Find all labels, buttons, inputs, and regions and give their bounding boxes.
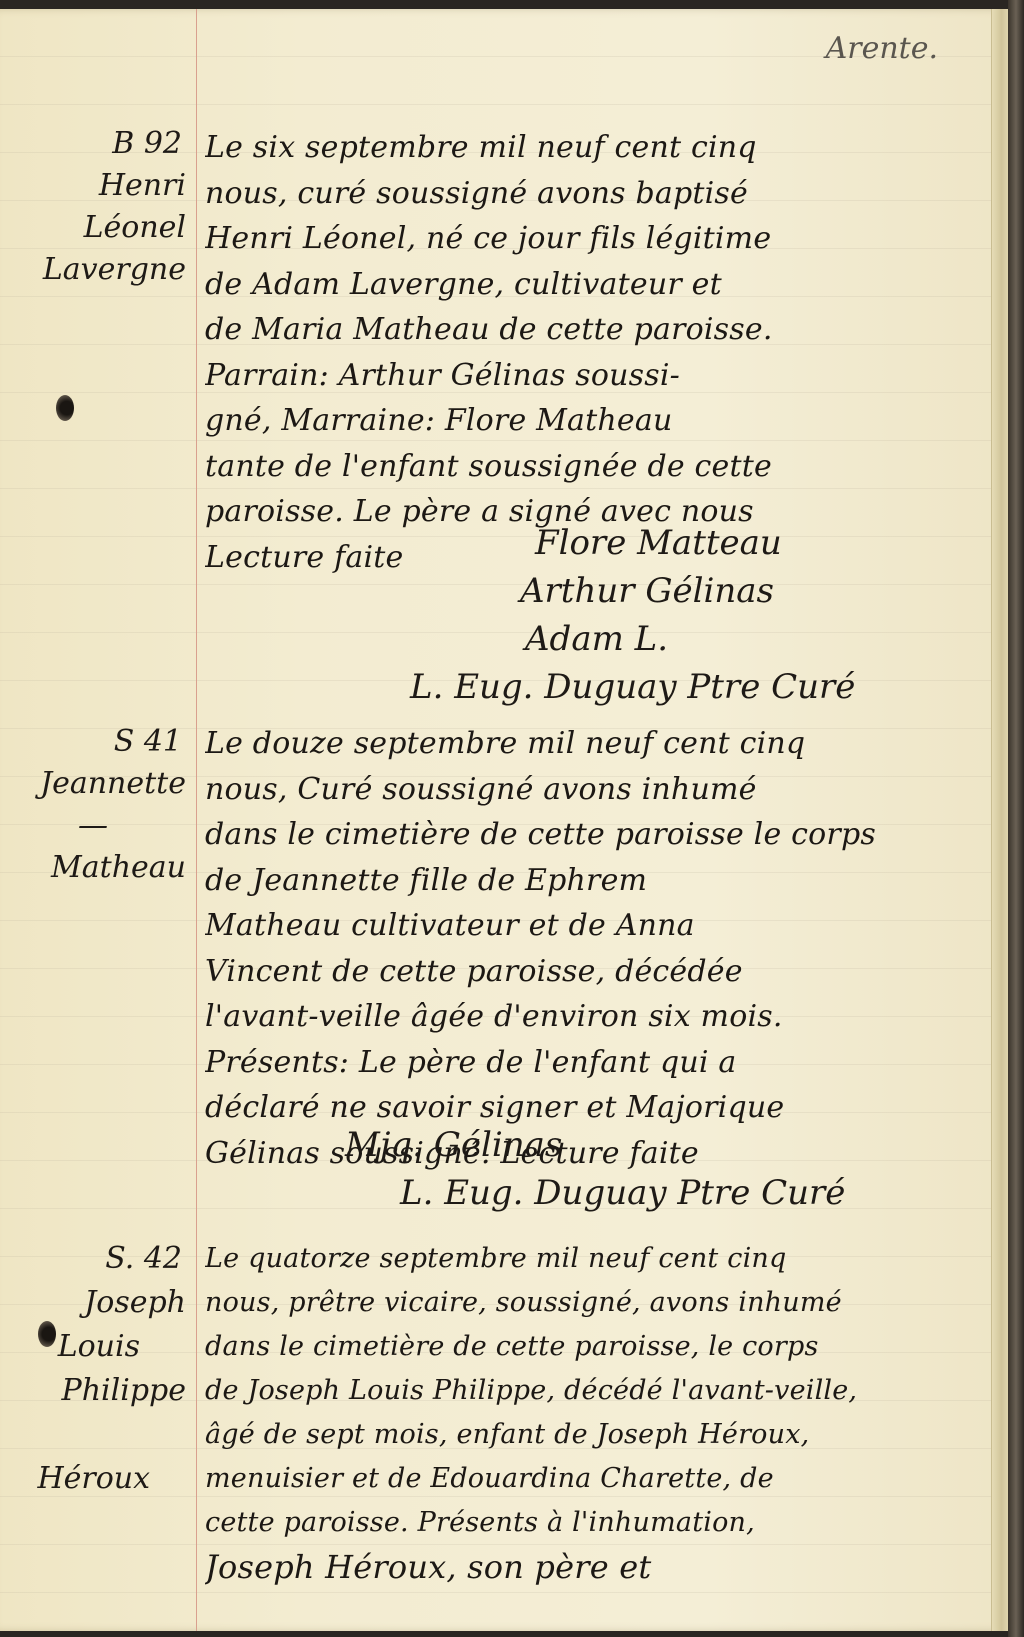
record-body: Le quatorze septembre mil neuf cent cinq… xyxy=(205,1237,985,1589)
record-line: Le quatorze septembre mil neuf cent cinq xyxy=(205,1237,985,1281)
record-line: gné, Marraine: Flore Matheau xyxy=(205,398,985,444)
record-name: Lavergne xyxy=(0,249,190,291)
record-line: de Adam Lavergne, cultivateur et xyxy=(205,262,985,308)
record-line: âgé de sept mois, enfant de Joseph Hérou… xyxy=(205,1413,985,1457)
record-line: Matheau cultivateur et de Anna xyxy=(205,903,985,949)
signature: L. Eug. Duguay Ptre Curé xyxy=(345,1169,845,1217)
record-name: Matheau xyxy=(0,847,190,889)
header-note: Arente. xyxy=(826,31,938,66)
record-line: menuisier et de Edouardina Charette, de xyxy=(205,1457,985,1501)
record-line: de Joseph Louis Philippe, décédé l'avant… xyxy=(205,1369,985,1413)
page-edge xyxy=(991,9,1008,1631)
record-name: Jeannette xyxy=(0,763,190,805)
record-number: S 41 xyxy=(0,721,190,763)
record-label: S. 42 Joseph Louis Philippe Héroux xyxy=(0,1237,190,1501)
register-page: Arente. B 92 Henri Léonel Lavergne Le si… xyxy=(0,9,1008,1631)
record-name: Henri xyxy=(0,165,190,207)
record-divider: — xyxy=(0,805,190,847)
record-name: Léonel xyxy=(0,207,190,249)
record-name: Joseph xyxy=(0,1281,190,1325)
record-line: nous, prêtre vicaire, soussigné, avons i… xyxy=(205,1281,985,1325)
record-line: cette paroisse. Présents à l'inhumation, xyxy=(205,1501,985,1545)
record-line: Henri Léonel, né ce jour fils légitime xyxy=(205,216,985,262)
signature-block: Mjq. Gélinas L. Eug. Duguay Ptre Curé xyxy=(345,1121,845,1217)
record-name: Héroux xyxy=(0,1457,190,1501)
record-line: Parrain: Arthur Gélinas soussi- xyxy=(205,353,985,399)
record-body: Le douze septembre mil neuf cent cinq no… xyxy=(205,721,985,1176)
record-line: tante de l'enfant soussignée de cette xyxy=(205,444,985,490)
record-body: Le six septembre mil neuf cent cinq nous… xyxy=(205,125,985,580)
record-line: de Maria Matheau de cette paroisse. xyxy=(205,307,985,353)
record-line: Joseph Héroux, son père et xyxy=(205,1545,985,1589)
record-name: Louis xyxy=(0,1325,190,1369)
binding-hole xyxy=(56,395,74,421)
record-line: dans le cimetière de cette paroisse, le … xyxy=(205,1325,985,1369)
record-line: Vincent de cette paroisse, décédée xyxy=(205,949,985,995)
signature: Arthur Gélinas xyxy=(480,567,855,615)
record-line: de Jeannette fille de Ephrem xyxy=(205,858,985,904)
record-number: B 92 xyxy=(0,123,190,165)
record-line: Le douze septembre mil neuf cent cinq xyxy=(205,721,985,767)
record-line: nous, curé soussigné avons baptisé xyxy=(205,171,985,217)
record-line: nous, Curé soussigné avons inhumé xyxy=(205,767,985,813)
record-line: l'avant-veille âgée d'environ six mois. xyxy=(205,994,985,1040)
signature: Mjq. Gélinas xyxy=(345,1121,845,1169)
signature: Adam L. xyxy=(480,615,855,663)
signature: Flore Matteau xyxy=(480,519,855,567)
signature: L. Eug. Duguay Ptre Curé xyxy=(410,663,855,711)
margin-line xyxy=(196,9,197,1631)
record-name xyxy=(0,1413,190,1457)
book-binding xyxy=(1008,0,1024,1637)
signature-block: Flore Matteau Arthur Gélinas Adam L. L. … xyxy=(480,519,855,711)
record-line: Le six septembre mil neuf cent cinq xyxy=(205,125,985,171)
record-label: S 41 Jeannette — Matheau xyxy=(0,721,190,889)
record-label: B 92 Henri Léonel Lavergne xyxy=(0,123,190,291)
record-number: S. 42 xyxy=(0,1237,190,1281)
record-name: Philippe xyxy=(0,1369,190,1413)
record-line: dans le cimetière de cette paroisse le c… xyxy=(205,812,985,858)
record-line: Présents: Le père de l'enfant qui a xyxy=(205,1040,985,1086)
